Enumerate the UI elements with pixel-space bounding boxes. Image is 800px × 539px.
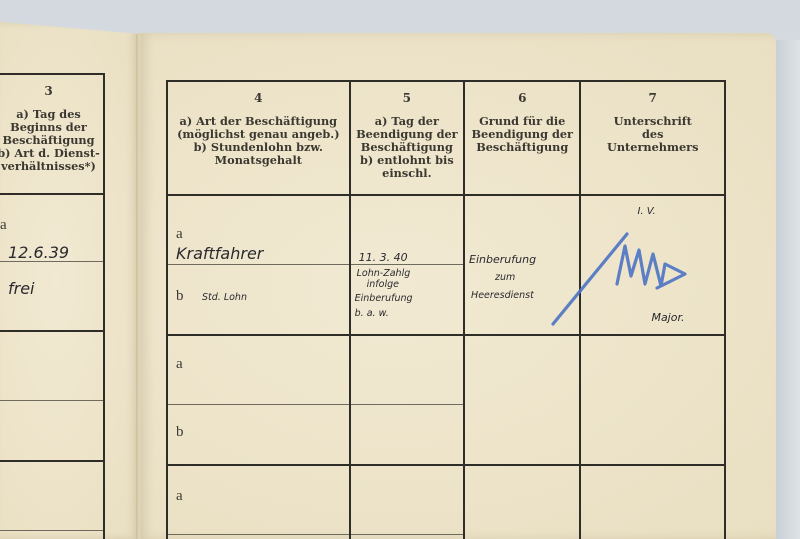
termination-reason-cell bbox=[464, 335, 580, 465]
column-number: 3 bbox=[0, 85, 103, 98]
occupation-value: Kraftfahrer bbox=[176, 244, 263, 263]
table-row: a Kraftfahrer b Std. Lohn 11. 3. 40 Lohn… bbox=[167, 195, 725, 335]
occupation-cell: a b bbox=[167, 335, 350, 465]
start-date: 12.6.39 bbox=[8, 243, 69, 262]
occupation-cell: a bbox=[167, 465, 350, 539]
employment-table: 4 a) Art der Beschäftigung (möglichst ge… bbox=[166, 80, 726, 539]
row-divider bbox=[168, 534, 349, 535]
row-divider bbox=[351, 534, 463, 535]
wage-type-value: Std. Lohn bbox=[202, 292, 247, 303]
row-divider bbox=[351, 264, 463, 265]
end-date-cell bbox=[350, 465, 464, 539]
row-divider bbox=[168, 404, 349, 405]
row-divider bbox=[168, 264, 349, 265]
end-date-cell: 11. 3. 40 Lohn-Zahlg infolge Einberufung… bbox=[350, 195, 464, 335]
row-divider bbox=[351, 404, 463, 405]
left-page-table: 3 a) Tag des Beginns der Beschäftigung b… bbox=[0, 73, 105, 539]
end-date-value: 11. 3. 40 bbox=[359, 252, 408, 263]
row-divider bbox=[0, 400, 103, 401]
column-4-header: 4 a) Art der Beschäftigung (möglichst ge… bbox=[167, 81, 350, 195]
column-3-header: 3 a) Tag des Beginns der Beschäftigung b… bbox=[0, 74, 104, 194]
table-row: a b bbox=[167, 335, 725, 465]
column-3-entry-2 bbox=[0, 331, 104, 461]
header-row: 4 a) Art der Beschäftigung (möglichst ge… bbox=[167, 81, 725, 195]
column-3-entry-1: a 12.6.39 frei bbox=[0, 194, 104, 331]
column-6-header: 6 Grund für die Beendigung der Beschäfti… bbox=[464, 81, 580, 195]
column-7-header: 7 Unterschrift des Unternehmers bbox=[580, 81, 725, 195]
termination-reason-cell bbox=[464, 465, 580, 539]
table-row: a bbox=[167, 465, 725, 539]
column-3-entry-3 bbox=[0, 461, 104, 539]
end-date-cell bbox=[350, 335, 464, 465]
signer-title: Major. bbox=[651, 312, 684, 323]
row-label-a: a bbox=[0, 217, 7, 234]
row-divider bbox=[0, 261, 103, 262]
occupation-cell: a Kraftfahrer b Std. Lohn bbox=[167, 195, 350, 335]
signature-prefix: I. V. bbox=[637, 206, 655, 217]
employer-signature-cell: I. V. Major. bbox=[580, 195, 725, 335]
column-5-header: 5 a) Tag der Beendigung der Beschäftigun… bbox=[350, 81, 464, 195]
book-gutter bbox=[136, 34, 140, 539]
employer-signature-cell bbox=[580, 465, 725, 539]
row-divider bbox=[0, 530, 103, 531]
employer-signature-cell bbox=[580, 335, 725, 465]
employment-type: frei bbox=[8, 279, 35, 298]
background-edge bbox=[776, 40, 800, 539]
